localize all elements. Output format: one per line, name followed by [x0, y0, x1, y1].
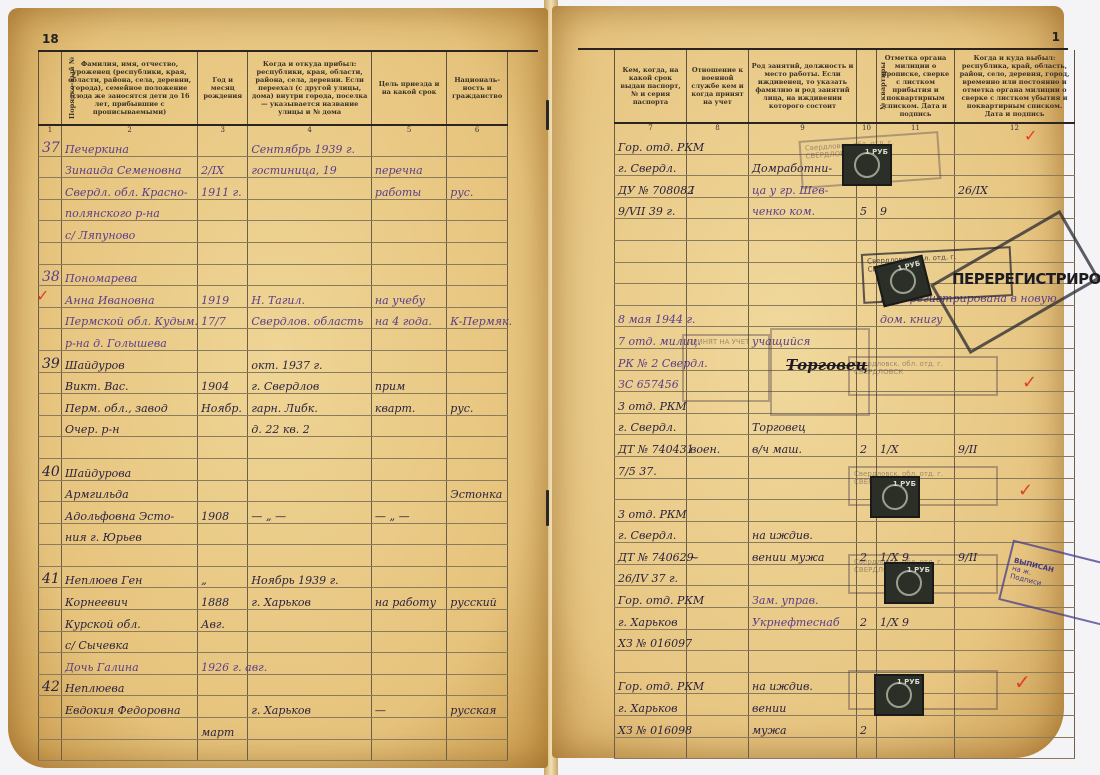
left-cell — [39, 307, 62, 329]
left-cell — [62, 718, 198, 740]
left-cell — [248, 264, 372, 286]
right-cell: 1/X — [877, 435, 955, 457]
left-cell: Зинаида Семеновна — [62, 156, 198, 178]
right-cell — [615, 262, 687, 284]
right-page: 1 Кем, когда, на какой срок выдан паспор… — [552, 6, 1064, 758]
right-cell: в/ч маш. — [749, 435, 857, 457]
table-row: 37ПечеркинаСентябрь 1939 г. — [39, 135, 508, 156]
right-cell: ХЗ № 016098 — [615, 716, 687, 738]
left-cell — [248, 242, 372, 264]
left-column-header-5: Цель приезда и на какой срок — [371, 52, 446, 125]
left-cell — [447, 264, 508, 286]
left-cell — [39, 178, 62, 200]
right-cell — [615, 737, 687, 759]
right-column-header-5: Отметка органа милиции о прописке, сверк… — [877, 50, 955, 123]
left-cell — [198, 631, 248, 653]
table-row — [39, 545, 508, 567]
left-cell — [371, 523, 446, 545]
left-cell — [198, 221, 248, 243]
right-column-header-2: Отношение к военной службе кем и когда п… — [687, 50, 749, 123]
left-column-header-2: Фамилия, имя, отчество, уроженец (респуб… — [62, 52, 198, 125]
right-cell: 7 отд. милиц. — [615, 327, 687, 349]
right-cell — [687, 629, 749, 651]
right-cell — [877, 521, 955, 543]
right-cell: 2 — [857, 716, 877, 738]
left-cell — [248, 523, 372, 545]
right-cell: на иждив. — [749, 521, 857, 543]
left-cell — [371, 653, 446, 675]
left-cell — [39, 372, 62, 394]
left-cell: Очер. р-н — [62, 415, 198, 437]
left-cell — [39, 437, 62, 459]
right-cell: ДТ № 740431 — [615, 435, 687, 457]
column-number: 3 — [198, 125, 248, 135]
table-row: 38Пономарева — [39, 264, 508, 286]
left-page-number: 18 — [42, 32, 59, 46]
left-cell — [371, 739, 446, 761]
table-row: 42Неплюева — [39, 674, 508, 696]
right-cell — [687, 651, 749, 673]
table-row — [615, 219, 1075, 241]
left-cell — [371, 566, 446, 588]
left-cell — [248, 545, 372, 567]
right-cell — [687, 737, 749, 759]
table-row: АрмгильдаЭстонка — [39, 480, 508, 502]
left-cell — [198, 458, 248, 480]
right-cell — [687, 478, 749, 500]
left-cell: 41 — [39, 566, 62, 588]
table-row — [615, 737, 1075, 759]
red-check-mark: ✓ — [1014, 670, 1031, 694]
left-cell — [447, 329, 508, 351]
left-cell — [248, 199, 372, 221]
right-cell — [615, 478, 687, 500]
right-cell: 26/IV 37 г. — [615, 564, 687, 586]
column-number: 5 — [371, 125, 446, 135]
right-cell: ЗС 657456 — [615, 370, 687, 392]
table-row: 39Шайдуровокт. 1937 г. — [39, 350, 508, 372]
right-cell: г. Свердл. — [615, 154, 687, 176]
left-cell — [198, 329, 248, 351]
right-cell: 26/IX — [955, 176, 1075, 198]
left-cell — [39, 610, 62, 632]
left-cell — [371, 458, 446, 480]
table-row: ния г. Юрьев — [39, 523, 508, 545]
left-cell: работы — [371, 178, 446, 200]
left-cell: гарн. Либк. — [248, 394, 372, 416]
left-cell — [371, 415, 446, 437]
left-cell — [39, 739, 62, 761]
left-cell: Эстонка — [447, 480, 508, 502]
left-cell: Пономарева — [62, 264, 198, 286]
right-cell: г. Свердл. — [615, 521, 687, 543]
left-cell: Армгильда — [62, 480, 198, 502]
left-cell — [39, 394, 62, 416]
right-cell — [749, 478, 857, 500]
left-cell — [39, 653, 62, 675]
right-cell: 3 отд. РКМ — [615, 500, 687, 522]
left-cell — [371, 610, 446, 632]
table-row: 41Неплюев Ген„Ноябрь 1939 г. — [39, 566, 508, 588]
right-cell: 3 отд. РКМ — [615, 392, 687, 414]
right-cell — [857, 737, 877, 759]
left-cell: Печеркина — [62, 135, 198, 156]
left-cell: 37 — [39, 135, 62, 156]
table-row: 9/VII 39 г.ченко ком.59 — [615, 197, 1075, 219]
table-row: Дочь Галина1926 г. авг. — [39, 653, 508, 675]
right-cell: г. Свердл. — [615, 413, 687, 435]
left-cell: — „ — — [371, 502, 446, 524]
right-cell — [749, 219, 857, 241]
table-row: Викт. Вас.1904г. Свердловприм — [39, 372, 508, 394]
table-row: г. ХарьковУкрнефтеснаб21/X 9 — [615, 608, 1075, 630]
column-number: 4 — [248, 125, 372, 135]
right-cell: 9 — [877, 197, 955, 219]
left-cell — [198, 437, 248, 459]
right-cell: на иждив. — [749, 672, 857, 694]
left-cell: Ноябрь 1939 г. — [248, 566, 372, 588]
column-number: 12 — [955, 123, 1075, 133]
left-cell — [39, 480, 62, 502]
right-cell: ДТ № 740629 — [615, 543, 687, 565]
left-cell: 38 — [39, 264, 62, 286]
left-cell — [371, 264, 446, 286]
left-cell — [371, 631, 446, 653]
right-cell — [687, 456, 749, 478]
right-cell: г. Харьков — [615, 694, 687, 716]
left-cell — [371, 674, 446, 696]
left-cell — [371, 480, 446, 502]
left-cell — [198, 135, 248, 156]
red-check-mark: ✓ — [36, 286, 49, 305]
left-cell: „ — [198, 566, 248, 588]
left-cell: Неплюев Ген — [62, 566, 198, 588]
right-cell: мужа — [749, 716, 857, 738]
left-column-number-row: 123456 — [39, 125, 508, 135]
column-number: 1 — [39, 125, 62, 135]
left-cell: Анна Ивановна — [62, 286, 198, 308]
table-row: г. Харьковвении1/X 9 — [615, 694, 1075, 716]
left-cell: Н. Тагил. — [248, 286, 372, 308]
left-cell — [248, 718, 372, 740]
table-row — [39, 437, 508, 459]
reregistered-stamp-text: ПЕРЕРЕГИСТРИРОВ — [952, 270, 1100, 288]
left-cell: кварт. — [371, 394, 446, 416]
table-row: 40Шайдурова — [39, 458, 508, 480]
left-cell — [39, 329, 62, 351]
left-cell — [447, 545, 508, 567]
right-cell — [687, 521, 749, 543]
crossed-out-occupation: Торговец — [786, 356, 868, 374]
left-cell — [371, 545, 446, 567]
table-row: г. Свердл.Торговец — [615, 413, 1075, 435]
table-row: Анна Ивановна1919Н. Тагил.на учебу — [39, 286, 508, 308]
left-cell: ния г. Юрьев — [62, 523, 198, 545]
left-cell — [39, 588, 62, 610]
left-cell — [248, 674, 372, 696]
left-cell — [447, 523, 508, 545]
column-number: 9 — [749, 123, 857, 133]
right-cell: 1/X 9 — [877, 608, 955, 630]
left-cell — [248, 480, 372, 502]
revenue-stamp: 1 РУБ — [870, 476, 920, 518]
left-cell — [447, 566, 508, 588]
right-cell — [857, 305, 877, 327]
right-cell: 2 — [857, 435, 877, 457]
left-column-header-1: Порядко-вый № — [39, 52, 62, 125]
revenue-stamp: 1 РУБ — [884, 562, 934, 604]
left-cell: полянского р-на — [62, 199, 198, 221]
left-cell: К-Пермяк. — [447, 307, 508, 329]
left-cell — [198, 350, 248, 372]
right-cell: 9/VII 39 г. — [615, 197, 687, 219]
right-cell — [749, 737, 857, 759]
left-cell — [447, 350, 508, 372]
left-cell: Сентябрь 1939 г. — [248, 135, 372, 156]
right-cell: ченко ком. — [749, 197, 857, 219]
left-cell: 1888 — [198, 588, 248, 610]
left-cell: 1911 г. — [198, 178, 248, 200]
left-cell — [62, 739, 198, 761]
left-cell — [62, 242, 198, 264]
left-cell: Дочь Галина — [62, 653, 198, 675]
left-cell — [447, 502, 508, 524]
right-column-header-3: Род занятий, должность и место работы. Е… — [749, 50, 857, 123]
left-cell: 1904 — [198, 372, 248, 394]
table-row: Перм. обл., заводНоябр.гарн. Либк.кварт.… — [39, 394, 508, 416]
right-cell — [687, 500, 749, 522]
right-cell — [687, 262, 749, 284]
right-cell: ~ — [687, 543, 749, 565]
left-cell — [39, 718, 62, 740]
right-cell: Гор. отд. РКМ — [615, 586, 687, 608]
left-cell: Шайдурова — [62, 458, 198, 480]
right-column-header-6: Когда и куда выбыл: республика, край, об… — [955, 50, 1075, 123]
revenue-stamp: 1 РУБ — [874, 674, 924, 716]
left-cell: русский — [447, 588, 508, 610]
column-number: 11 — [877, 123, 955, 133]
right-cell — [687, 219, 749, 241]
left-cell — [447, 242, 508, 264]
right-cell: вении — [749, 694, 857, 716]
left-cell — [447, 437, 508, 459]
left-cell — [248, 329, 372, 351]
left-cell — [248, 739, 372, 761]
left-cell: 39 — [39, 350, 62, 372]
left-cell: Свердл. обл. Красно- — [62, 178, 198, 200]
right-cell: 2 — [857, 608, 877, 630]
left-cell — [39, 523, 62, 545]
table-row: г. Свердл.на иждив. — [615, 521, 1075, 543]
left-cell — [447, 372, 508, 394]
right-cell — [687, 284, 749, 306]
left-cell: р-на д. Голышева — [62, 329, 198, 351]
left-cell — [447, 610, 508, 632]
left-cell: д. 22 кв. 2 — [248, 415, 372, 437]
left-cell: на учебу — [371, 286, 446, 308]
left-cell: окт. 1937 г. — [248, 350, 372, 372]
right-cell — [877, 716, 955, 738]
left-cell: — „ — — [248, 502, 372, 524]
left-cell — [371, 135, 446, 156]
table-row: полянского р-на — [39, 199, 508, 221]
left-cell — [248, 631, 372, 653]
left-cell — [371, 437, 446, 459]
right-cell: 7/5 37. — [615, 456, 687, 478]
left-cell: Авг. — [198, 610, 248, 632]
left-cell: Корнеевич — [62, 588, 198, 610]
right-cell — [955, 716, 1075, 738]
left-cell — [198, 242, 248, 264]
table-row: Гор. отд. РКМна иждив. — [615, 672, 1075, 694]
left-cell: рус. — [447, 178, 508, 200]
right-cell: Торговец — [749, 413, 857, 435]
left-cell — [39, 696, 62, 718]
table-row: Адольфовна Эсто-1908— „ —— „ — — [39, 502, 508, 524]
table-row — [615, 478, 1075, 500]
left-cell — [248, 437, 372, 459]
column-number: 6 — [447, 125, 508, 135]
right-cell: 9/II — [955, 435, 1075, 457]
left-cell — [198, 480, 248, 502]
right-cell — [687, 716, 749, 738]
left-cell: г. Свердлов — [248, 372, 372, 394]
left-cell: перечна — [371, 156, 446, 178]
left-cell — [371, 221, 446, 243]
right-cell — [615, 284, 687, 306]
right-cell — [615, 240, 687, 262]
right-cell — [857, 413, 877, 435]
revenue-stamp: 1 РУБ — [842, 144, 892, 186]
left-cell: г. Харьков — [248, 588, 372, 610]
left-cell — [447, 135, 508, 156]
right-cell — [687, 608, 749, 630]
left-cell — [447, 415, 508, 437]
right-cell — [687, 154, 749, 176]
right-cell — [955, 737, 1075, 759]
left-cell — [39, 221, 62, 243]
table-row: Зинаида Семеновна2/IXгостиница, 19перечн… — [39, 156, 508, 178]
left-cell — [447, 156, 508, 178]
left-cell: русская — [447, 696, 508, 718]
left-column-header-6: Националь-ность и гражданство — [447, 52, 508, 125]
left-cell — [39, 415, 62, 437]
right-cell — [877, 219, 955, 241]
table-row: Очер. р-нд. 22 кв. 2 — [39, 415, 508, 437]
left-cell: Неплюева — [62, 674, 198, 696]
left-cell — [198, 674, 248, 696]
right-cell — [877, 413, 955, 435]
table-row: Корнеевич1888г. Харьковна работурусский — [39, 588, 508, 610]
right-cell — [687, 564, 749, 586]
left-cell — [198, 199, 248, 221]
left-cell: гостиница, 19 — [248, 156, 372, 178]
left-cell — [371, 199, 446, 221]
right-cell — [749, 651, 857, 673]
right-cell: РК № 2 Свердл. — [615, 348, 687, 370]
left-cell — [248, 610, 372, 632]
left-cell: на 4 года. — [371, 307, 446, 329]
table-row: р-на д. Голышева — [39, 329, 508, 351]
right-column-number-row: 789101112 — [615, 123, 1075, 133]
left-cell: 1926 г. авг. — [198, 653, 248, 675]
right-cell — [877, 327, 955, 349]
left-page: 18 Порядко-вый №Фамилия, имя, отчество, … — [8, 8, 548, 768]
right-cell — [857, 629, 877, 651]
left-cell: на работу — [371, 588, 446, 610]
red-check-mark: ✓ — [1024, 126, 1037, 145]
left-cell — [39, 545, 62, 567]
left-cell — [39, 502, 62, 524]
right-cell: воен. — [687, 435, 749, 457]
table-row: с/ Ляпуново — [39, 221, 508, 243]
left-cell — [39, 199, 62, 221]
left-cell — [447, 286, 508, 308]
right-cell — [615, 219, 687, 241]
left-cell: Свердлов. область — [248, 307, 372, 329]
left-cell — [447, 631, 508, 653]
left-cell — [248, 221, 372, 243]
table-row — [615, 651, 1075, 673]
table-row: ХЗ № 016097 — [615, 629, 1075, 651]
left-cell: Ноябр. — [198, 394, 248, 416]
right-cell: Гор. отд. РКМ — [615, 133, 687, 154]
staple — [546, 100, 549, 130]
left-cell — [198, 264, 248, 286]
right-cell: г. Харьков — [615, 608, 687, 630]
red-check-mark: ✓ — [1018, 480, 1033, 501]
left-cell: 42 — [39, 674, 62, 696]
right-cell — [955, 154, 1075, 176]
table-row: Курской обл.Авг. — [39, 610, 508, 632]
left-cell — [447, 718, 508, 740]
left-cell — [447, 674, 508, 696]
column-number: 8 — [687, 123, 749, 133]
right-cell: 5 — [857, 197, 877, 219]
right-cell — [687, 413, 749, 435]
table-row: Евдокия Федоровнаг. Харьков—русская — [39, 696, 508, 718]
right-cell — [687, 305, 749, 327]
right-cell — [955, 133, 1075, 154]
left-cell — [447, 458, 508, 480]
right-cell — [749, 629, 857, 651]
right-cell — [877, 737, 955, 759]
right-cell — [749, 284, 857, 306]
left-cell: с/ Ляпуново — [62, 221, 198, 243]
left-cell: 40 — [39, 458, 62, 480]
left-cell — [371, 329, 446, 351]
left-column-header-4: Когда и откуда прибыл: республики, края,… — [248, 52, 372, 125]
staple — [546, 490, 549, 526]
right-cell — [687, 197, 749, 219]
left-cell — [371, 242, 446, 264]
left-cell: Викт. Вас. — [62, 372, 198, 394]
table-row: с/ Сычевка — [39, 631, 508, 653]
right-cell: ДУ № 708082 — [615, 176, 687, 198]
left-cell: г. Харьков — [248, 696, 372, 718]
right-cell — [687, 694, 749, 716]
left-register-table: Порядко-вый №Фамилия, имя, отчество, уро… — [38, 52, 508, 761]
left-cell — [39, 242, 62, 264]
left-cell: 2/IX — [198, 156, 248, 178]
right-cell — [615, 651, 687, 673]
right-cell: Зам. управ. — [749, 586, 857, 608]
table-row — [39, 739, 508, 761]
left-cell — [39, 631, 62, 653]
left-cell — [248, 178, 372, 200]
left-cell — [198, 545, 248, 567]
right-cell — [955, 629, 1075, 651]
